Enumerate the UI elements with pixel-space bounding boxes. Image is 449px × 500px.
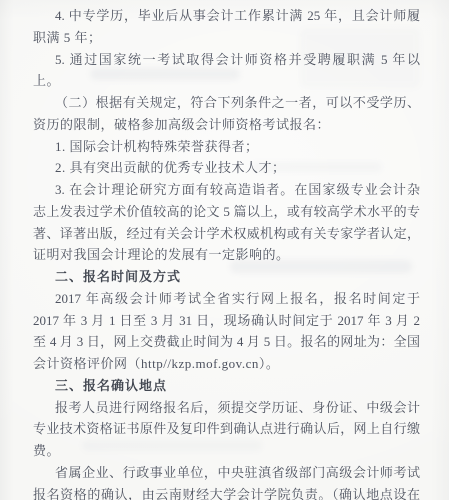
text-line: 会计资格评价网（http//kzp.mof.gov.cn）。	[33, 353, 420, 375]
text-line: 证明对我国会计理论的发展有一定影响的。	[33, 244, 420, 266]
text-line: 省属企业、行政事业单位，中央驻滇省级部门高级会计师考试	[33, 462, 420, 484]
text-line: 资历的限制，破格参加高级会计师资格考试报名：	[33, 114, 420, 136]
text-line: 2. 具有突出贡献的优秀专业技术人才；	[33, 157, 420, 179]
section-heading: 三、报名确认地点	[33, 375, 420, 397]
text-line: 至 4 月 3 日，网上交费截止时间为 4 月 5 日。报名的网址为：全国	[33, 331, 420, 353]
text-line: 费。	[33, 440, 420, 462]
text-line: （二）根据有关规定，符合下列条件之一者，可以不受学历、	[33, 92, 420, 114]
text-line: 著、译著出版，经过有关会计学术权威机构或有关专家学者认定，	[33, 223, 420, 245]
document-text: 4. 中专学历，毕业后从事会计工作累计满 25 年，且会计师履职满 5 年；5.…	[33, 5, 420, 500]
text-line: 2017 年 3 月 1 日至 3 月 31 日，现场确认时间定于 2017 年…	[33, 310, 420, 332]
text-line: 志上发表过学术价值较高的论文 5 篇以上，或有较高学术水平的专	[33, 201, 420, 223]
text-line: 5. 通过国家统一考试取得会计师资格并受聘履职满 5 年以	[33, 49, 420, 71]
text-line: 2017 年高级会计师考试全省实行网上报名，报名时间定于	[33, 288, 420, 310]
text-line: 3. 在会计理论研究方面有较高造诣者。在国家级专业会计杂	[33, 179, 420, 201]
scanned-document-page: 4. 中专学历，毕业后从事会计工作累计满 25 年，且会计师履职满 5 年；5.…	[0, 0, 449, 500]
text-line: 4. 中专学历，毕业后从事会计工作累计满 25 年，且会计师履	[33, 5, 420, 27]
text-line: 报名资格的确认，由云南财经大学会计学院负责。（确认地点设在	[33, 484, 420, 500]
section-heading: 二、报名时间及方式	[33, 266, 420, 288]
text-line: 上。	[33, 70, 420, 92]
text-line: 报考人员进行网络报名后，须提交学历证、身份证、中级会计	[33, 397, 420, 419]
text-line: 专业技术资格证书原件及复印件到确认点进行确认后，网上自行缴	[33, 418, 420, 440]
text-line: 1. 国际会计机构特殊荣誉获得者；	[33, 136, 420, 158]
text-line: 职满 5 年；	[33, 27, 420, 49]
